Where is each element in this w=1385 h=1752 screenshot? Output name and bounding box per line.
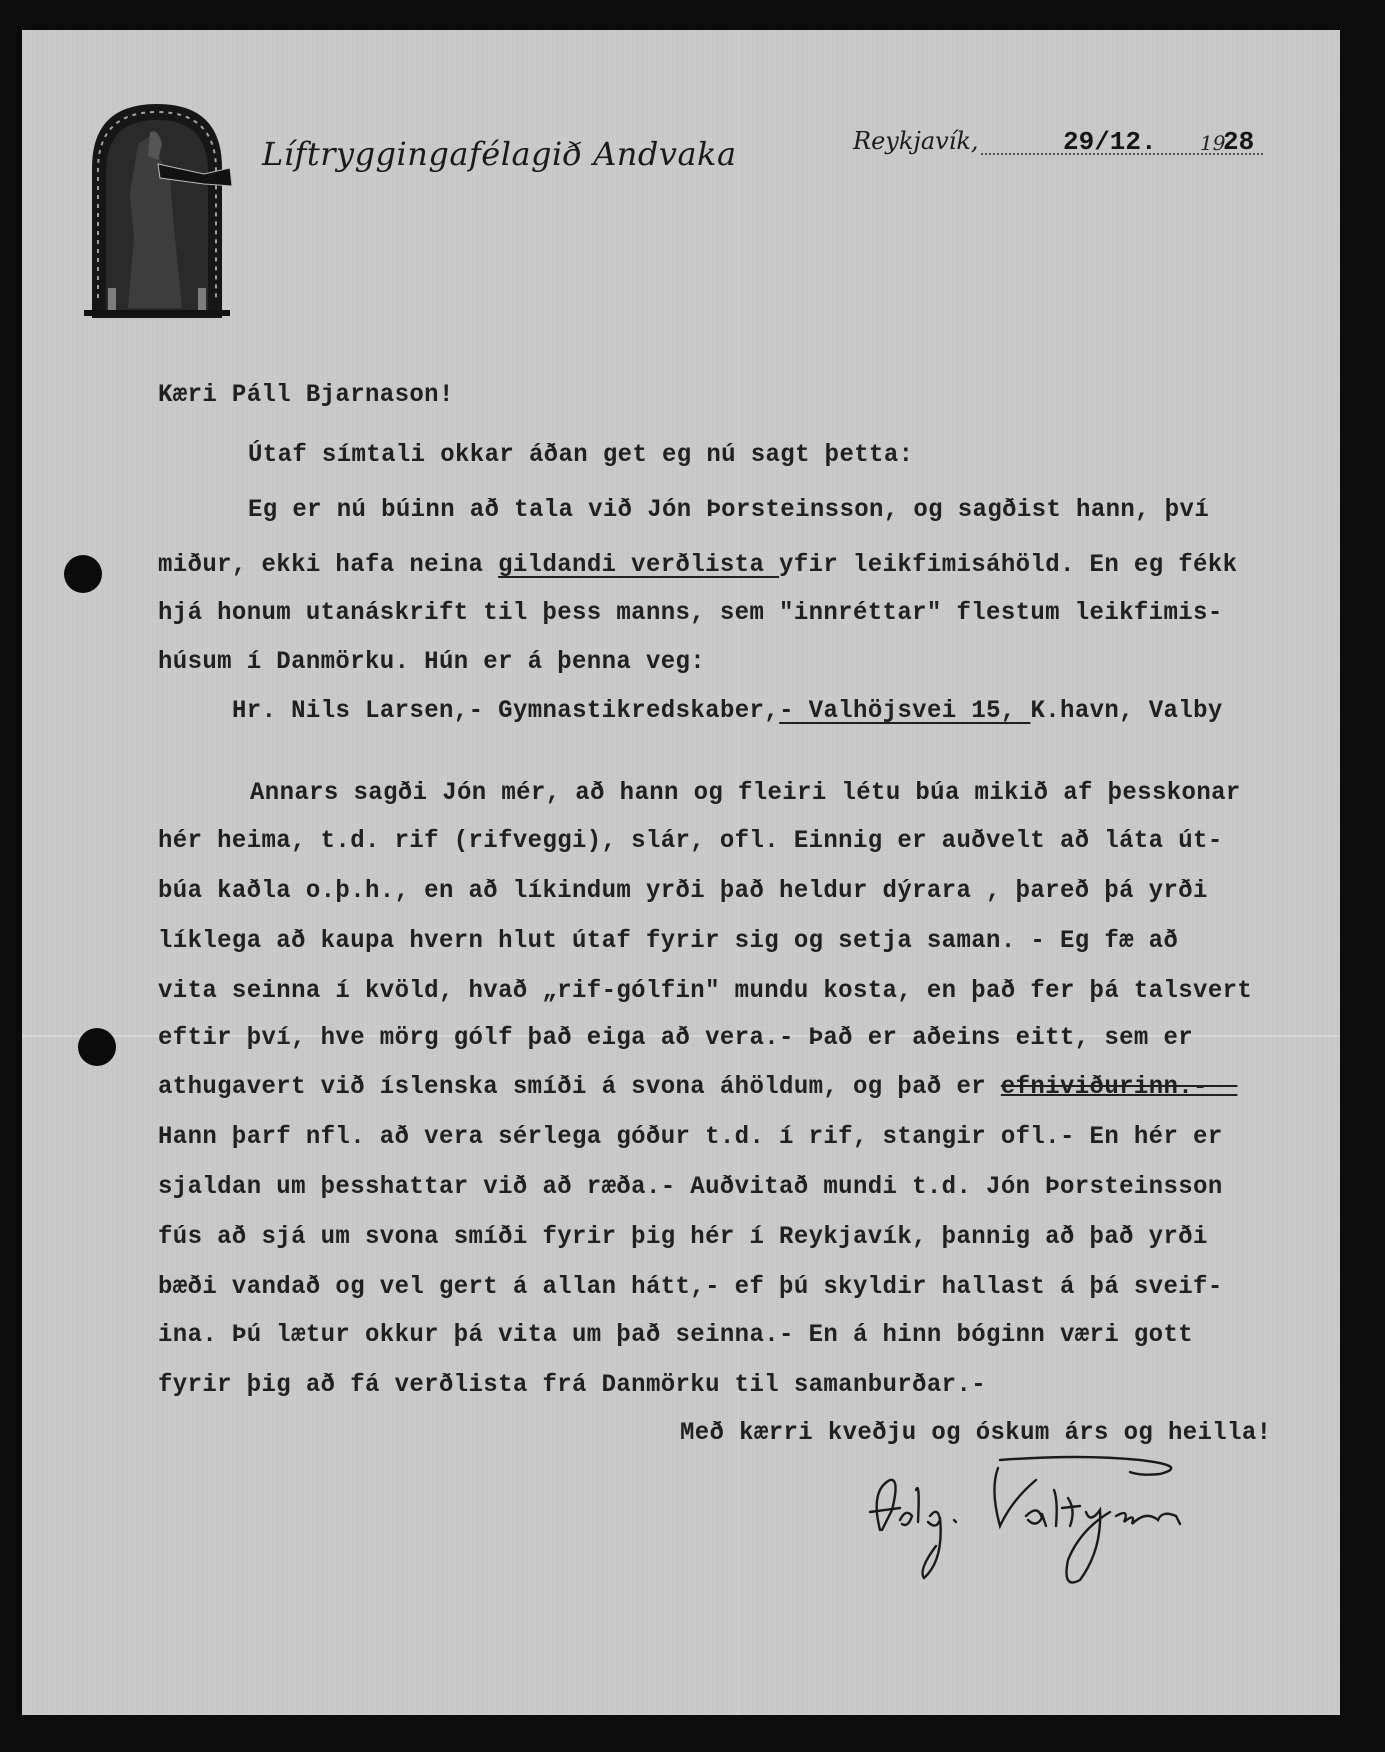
salutation: Kæri Páll Bjarnason!: [158, 380, 454, 409]
letter-line: ina. Þú lætur okkur þá vita um það seinn…: [158, 1320, 1193, 1349]
letter-line: Eg er nú búinn að tala við Jón Þorsteins…: [248, 495, 1209, 524]
line-text: miður, ekki hafa neina: [158, 550, 498, 579]
line-text: athugavert við íslenska smíði á svona áh…: [158, 1072, 1001, 1101]
underlined-phrase: gildandi verðlista: [498, 550, 779, 579]
paper-fold: [737, 30, 739, 1715]
letter-line: bæði vandað og vel gert á allan hátt,- e…: [158, 1272, 1223, 1301]
date-year: 28: [1223, 127, 1254, 157]
letter-line: Hann þarf nfl. að vera sérlega góður t.d…: [158, 1122, 1223, 1151]
letter-line: fyrir þig að fá verðlista frá Danmörku t…: [158, 1370, 986, 1399]
punch-hole-bottom: [78, 1028, 116, 1066]
letterhead-emblem-icon: [78, 98, 236, 326]
letter-line: líklega að kaupa hvern hlut útaf fyrir s…: [158, 926, 1178, 955]
recipient: Hr. Nils Larsen,- Gymnastikredskaber,: [232, 696, 779, 725]
underlined-street: - Valhöjsvei 15,: [779, 696, 1030, 725]
struck-word: efniviðurinn.- _: [1001, 1072, 1238, 1101]
dateline: Reykjavík, 29/12. 19 28: [853, 125, 1263, 161]
letter-line: sjaldan um þesshattar við að ræða.- Auðv…: [158, 1172, 1223, 1201]
letter-line: fús að sjá um svona smíði fyrir þig hér …: [158, 1222, 1208, 1251]
letter-line: Annars sagði Jón mér, að hann og fleiri …: [250, 778, 1241, 807]
letter-line: hér heima, t.d. rif (rifveggi), slár, of…: [158, 826, 1223, 855]
letter-line: hjá honum utanáskrift til þess manns, se…: [158, 598, 1223, 627]
punch-hole-top: [64, 555, 102, 593]
letter-line: vita seinna í kvöld, hvað „rif-gólfin" m…: [158, 976, 1252, 1005]
place: Reykjavík,: [853, 127, 979, 155]
date-day-month: 29/12.: [1063, 127, 1157, 157]
signature-helgi-valtysson: Helgi Valtýsson: [840, 1450, 1240, 1600]
address-line: Hr. Nils Larsen,- Gymnastikredskaber,- V…: [232, 696, 1223, 725]
letter-line: athugavert við íslenska smíði á svona áh…: [158, 1072, 1237, 1101]
letter-line: húsum í Danmörku. Hún er á þenna veg:: [158, 647, 705, 676]
letter-line: eftir því, hve mörg gólf það eiga að ver…: [158, 1023, 1193, 1052]
city: K.havn, Valby: [1030, 696, 1222, 725]
line-text: yfir leikfimisáhöld. En eg fékk: [779, 550, 1237, 579]
closing: Með kærri kveðju og óskum árs og heilla!: [680, 1418, 1271, 1447]
letter-line: miður, ekki hafa neina gildandi verðlist…: [158, 550, 1237, 579]
date-century: 19: [1200, 131, 1225, 155]
letter-line: búa kaðla o.þ.h., en að líkindum yrði þa…: [158, 876, 1208, 905]
company-name: Líftryggingafélagið Andvaka: [262, 135, 737, 173]
letter-line: Útaf símtali okkar áðan get eg nú sagt þ…: [248, 440, 913, 469]
